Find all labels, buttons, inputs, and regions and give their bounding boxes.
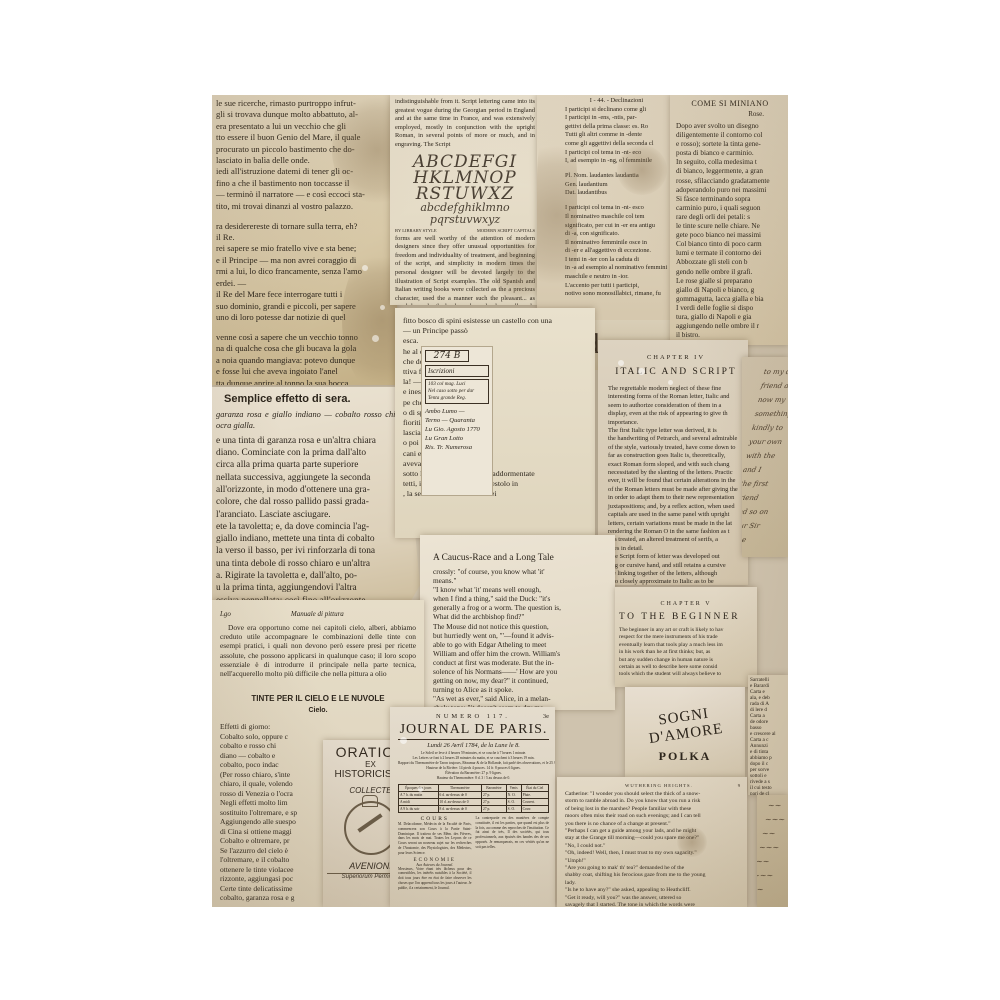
- chapter-v-line: certain as well to describe here some co…: [619, 664, 753, 671]
- table-cell: S. O.: [506, 806, 521, 813]
- table-header: Vents: [506, 785, 521, 792]
- ticket-header: Iscrizioni: [425, 365, 489, 377]
- alphabet-caption-right: MODERN SCRIPT CAPITALS: [477, 228, 535, 233]
- chapter-v-line: in his work than he at first thinks; but…: [619, 649, 753, 656]
- grammar-running-head: I - 44. - Declinazioni: [565, 97, 668, 106]
- chapter-iv-line: display, even at the risk of appearing t…: [608, 410, 744, 418]
- table-row: A 9 h. du soir8 d. au-dessus de 027 p.S.…: [399, 806, 549, 813]
- ticket-line: Nel caso sotto per dar: [428, 388, 486, 395]
- chapter-iv-page: CHAPTER IV ITALIC AND SCRIPT The regrett…: [598, 340, 748, 585]
- ticket-line: Terno — Quaranta: [425, 416, 489, 425]
- alphabet-page: indistinguishable from it. Script letter…: [390, 95, 540, 305]
- chapter-iv-line: ever, it will be found that certain alte…: [608, 477, 744, 485]
- miniano-line: rare degli orli dei petali: s: [676, 213, 784, 222]
- miniano-text: Dopo aver svolto un disegnodiligentement…: [676, 122, 784, 345]
- alphabet-caption-left: BY LIBRARY STYLE: [395, 228, 437, 233]
- wuthering-heights-page: WUTHERING HEIGHTS. 9 Catherine: "I wonde…: [557, 777, 747, 907]
- chapter-iv-line: the handwriting of Petrarch, and several…: [608, 435, 744, 443]
- alice-line: but hurriedly went on, "'—found it advis…: [433, 631, 607, 640]
- table-cell: A 9 h. du soir: [399, 806, 439, 813]
- handwritten-line: and I: [742, 463, 785, 477]
- miniano-line: Dopo aver svolto un disegno: [676, 122, 784, 131]
- alphabet-intro: indistinguishable from it. Script letter…: [395, 98, 535, 150]
- story-line: [216, 212, 393, 221]
- miniano-line: tura, giallo di Napoli e gia: [676, 313, 784, 322]
- alice-line: conduct at first was moderate. But the i…: [433, 658, 607, 667]
- ticket-line: Ris. Tr. Numerosa: [425, 443, 489, 452]
- ticket-line: 103 col mag. Luci: [428, 381, 486, 388]
- miniano-line: diligentemente il contorno col: [676, 131, 784, 140]
- chapter-iv-line: The first Italic type letter was derived…: [608, 427, 744, 435]
- ticket-line: Ambo Lumo —: [425, 407, 489, 416]
- story-line: rei sapere se mio fratello vive e sta be…: [216, 243, 393, 254]
- manual-running-head: Manuale di pittura: [291, 610, 344, 618]
- sunset-line: la verso il basso, per ivi rinforzarla d…: [216, 545, 414, 557]
- alice-title: A Caucus-Race and a Long Tale: [433, 553, 607, 563]
- alice-line: solence of his Normans——' How are you: [433, 667, 607, 676]
- story-line: [216, 323, 393, 332]
- sunset-line: diano. Cominciate con la prima dall'alto: [216, 447, 414, 459]
- story-line: gli si trovava dunque molto abbattuto, a…: [216, 109, 393, 120]
- alice-line: "As wet as ever," said Alice, in a melan…: [433, 694, 607, 703]
- chapter-v-title: TO THE BEGINNER: [619, 612, 753, 622]
- alice-line: turning to Alice as it spoke.: [433, 685, 607, 694]
- journal-title: JOURNAL DE PARIS.: [398, 722, 549, 740]
- story-line: venne così a sapere che un vecchio tonno: [216, 332, 393, 343]
- latin-grammar-page: I - 44. - Declinazioni I participi si de…: [537, 95, 672, 340]
- miniano-line: giallo di Napoli e bianco, g: [676, 286, 784, 295]
- handwritten-line: your Sir: [742, 519, 773, 533]
- grammar-line: Il nominativo maschile col tem: [565, 213, 668, 222]
- grammar-line: I participi col tema in -nt- esco: [565, 204, 668, 213]
- miniano-title: COME SI MINIANO: [676, 99, 784, 108]
- manual-page-number: Lgo: [220, 610, 231, 618]
- sunset-line: una tinta debole di rosso chiaro e un'al…: [216, 558, 414, 570]
- grammar-line: I participi in -ens, -ntis, par-: [565, 114, 668, 123]
- come-si-miniano-page: COME SI MINIANO Rose. Dopo aver svolto u…: [670, 95, 788, 345]
- italian-column-fragment: Sarratellie BarardiCarta eala, e debrada…: [748, 675, 788, 795]
- grammar-line: I, ad esempio in -ng, ol femminile: [565, 157, 668, 166]
- handwritten-line: friend: [742, 491, 779, 505]
- story-line: uno di loro potesse dar notizie di quel: [216, 312, 393, 323]
- sunset-line: nellata successiva, aggiungete la second…: [216, 472, 414, 484]
- alice-line: crossly: "of course, you know what 'it': [433, 567, 607, 576]
- chapter-iv-line: is a treated, an altered treatment of se…: [608, 536, 744, 544]
- chapter-iv-line: of the Roman letters must be made after …: [608, 486, 744, 494]
- journal-right-column: La contrepartie en des manières de compt…: [476, 816, 550, 850]
- journal-section-1-text: M. Delacolonne, Médecin de la Faculté de…: [398, 822, 472, 856]
- story-line: — terminò il narratore — e così eccoci s…: [216, 189, 393, 200]
- miniano-line: di bianco, leggermente, a gran: [676, 167, 784, 176]
- grammar-line: in -a ad esempio al nominativo femmini: [565, 264, 668, 273]
- heights-line: "Umph!": [565, 858, 741, 865]
- alice-line: means.": [433, 576, 607, 585]
- sunset-text: e una tinta di garanza rosa e un'altra c…: [216, 435, 414, 607]
- italian-column-text: Sarratellie BarardiCarta eala, e debrada…: [750, 677, 786, 795]
- chapter-iv-line: far as construction goes Italic is, theo…: [608, 452, 744, 460]
- handwritten-line: something: [753, 407, 788, 421]
- chapter-iv-label: CHAPTER IV: [608, 354, 744, 361]
- chapter-iv-line: The regrettable modern neglect of these …: [608, 385, 744, 393]
- miniano-line: gommagutta, lacca gialla e bia: [676, 295, 784, 304]
- table-cell: 10 d. au-dessus de 0: [438, 799, 481, 806]
- miniano-line: carminio puro, i quali seguon: [676, 204, 784, 213]
- handwritten-letter: to my dearfriend andnow mysomethingkindl…: [742, 357, 788, 557]
- ticket-box-1: 103 col mag. LuciNel caso sotto per darT…: [425, 379, 489, 404]
- italian-story-page: le sue ricerche, rimasto purtroppo infru…: [212, 95, 397, 385]
- sunset-line: ete la tavoletta; e, da dove comincia l'…: [216, 521, 414, 533]
- heights-line: Catherine: "I wonder you should select t…: [565, 791, 741, 798]
- sogni-subtitle: POLKA: [625, 749, 745, 764]
- handwritten-line: and so on: [742, 505, 776, 519]
- table-cell: Couv.: [521, 806, 548, 813]
- story-line: ra desiderereste di tornare sulla terra,…: [216, 221, 393, 232]
- story-line: il Re.: [216, 232, 393, 243]
- miniano-line: I verdi delle foglie si dispo: [676, 304, 784, 313]
- italian-story-text: le sue ricerche, rimasto purtroppo infru…: [216, 98, 393, 385]
- miniano-line: Abbozzate gli steli con b: [676, 258, 784, 267]
- miniano-subtitle: Rose.: [676, 110, 784, 118]
- heights-line: "Get it ready, will you?" was the answer…: [565, 895, 741, 902]
- story-line: iedi all'istruzione datemi di tener gli …: [216, 166, 393, 177]
- table-header: Thermomètre: [438, 785, 481, 792]
- chapter-iv-line: the linking together of the letters, alt…: [608, 570, 744, 578]
- story-line: tito, mi trovai dinanzi al vostro palazz…: [216, 201, 393, 212]
- heights-line: you there is no chance of a change at pr…: [565, 821, 741, 828]
- grammar-line: notivo sono monosillabici, rimane, fu: [565, 290, 668, 299]
- alice-line: when I find a thing," said the Duck: "it…: [433, 594, 607, 603]
- grammar-line: di -a, con significato.: [565, 230, 668, 239]
- ticket-line: Tenta grande Reg.: [428, 395, 486, 402]
- sunset-line: u la prima tinta, aggiungendovi l'altra: [216, 582, 414, 594]
- sunset-line: colore, che dal rosso pallido passi grad…: [216, 496, 414, 508]
- miniano-line: posta di bianco e carminio.: [676, 149, 784, 158]
- alice-line: William and offer him the crown. William…: [433, 649, 607, 658]
- table-cell: 6 d. au-dessus de 0: [438, 792, 481, 799]
- story-line: lasciato in balìa delle onde.: [216, 155, 393, 166]
- journal-date: Lundi 26 Avril 1784, de la Lune le 8.: [398, 742, 549, 749]
- table-header: Baromètre: [482, 785, 507, 792]
- grammar-line: Tutti gli altri comme in -dente: [565, 131, 668, 140]
- chapter-iv-title: ITALIC AND SCRIPT: [608, 367, 744, 377]
- handwritten-strip: ~~~~~~~~~~~~~~~~~: [757, 795, 788, 907]
- table-cell: Couvert.: [521, 799, 548, 806]
- miniano-line: le tinte scure nelle chiare. Ne: [676, 222, 784, 231]
- heights-line: savagely that I started. The tone in whi…: [565, 902, 741, 907]
- miniano-line: il bistro.: [676, 331, 784, 340]
- miniano-line: rosse, sfilacciando gradatamente: [676, 177, 784, 186]
- grammar-line: di -er e all'aggettivo di eccezione.: [565, 247, 668, 256]
- sunset-line: all'orizzonte, in modo d'ottenere una gr…: [216, 484, 414, 496]
- story-line: na di qualche cosa che gli bucava la gol…: [216, 343, 393, 354]
- chapter-iv-line: it to closely approximate to Italic as t…: [608, 578, 744, 585]
- miniano-line: gendo nelle ombre il grafi.: [676, 268, 784, 277]
- grammar-line: maschile e neutro in -ior.: [565, 273, 668, 282]
- table-cell: Pluie.: [521, 792, 548, 799]
- handwritten-line: the first: [742, 477, 782, 491]
- fairy-line: — un Principe passò: [403, 326, 587, 336]
- chapter-v-line: but any sudden change in human nature is: [619, 657, 753, 664]
- table-cell: 27 p.: [482, 806, 507, 813]
- fairy-line: fitto bosco di spini esistesse un castel…: [403, 316, 587, 326]
- alice-line: "I know what 'it' means well enough,: [433, 585, 607, 594]
- story-line: e fosse lui che aveva ingoiato l'anel: [216, 366, 393, 377]
- chapter-v-text: The beginner in any art or craft is like…: [619, 627, 753, 679]
- miniano-line: In seguito, colla medesima t: [676, 158, 784, 167]
- ticket-line: Lu Gran Lotto: [425, 434, 489, 443]
- manual-section-title: TINTE PER IL CIELO E LE NUVOLE: [220, 694, 416, 703]
- chapter-iv-line: The Script form of letter was developed …: [608, 553, 744, 561]
- chapter-v-label: CHAPTER V: [619, 601, 753, 607]
- alphabet-upper-3: RSTUWXZ: [395, 186, 535, 202]
- table-cell: S. O.: [506, 799, 521, 806]
- heights-line: storm to ramble abroad in. Do you know t…: [565, 798, 741, 805]
- sunset-title: Semplice effetto di sera.: [216, 393, 414, 405]
- handwritten-line: now my: [756, 393, 788, 407]
- table-header: Époques des jours: [399, 785, 439, 792]
- chapter-v-line: tools which the student will always beli…: [619, 671, 753, 678]
- story-line: tto essere il buon Genio del Mare, il qu…: [216, 132, 393, 143]
- journal-intro-line: Hauteur du Thermomètre: 8 d. 3 / 5 au de…: [398, 776, 549, 781]
- fairy-tale-page: fitto bosco di spini esistesse un castel…: [395, 308, 595, 538]
- journal-de-paris-page: NUMERO 117. 3e JOURNAL DE PARIS. Lundi 2…: [390, 707, 555, 907]
- chapter-iv-line: ting or cursive hand, and still retains …: [608, 562, 744, 570]
- sogni-title: SOGNI D'AMORE: [625, 701, 745, 751]
- handwritten-line: to be: [742, 533, 770, 547]
- miniano-line: Col bianco tinto di poco carm: [676, 240, 784, 249]
- grammar-text: I participi si declinano come gliI parti…: [565, 106, 668, 299]
- story-line: tta dunque aprire al tonno la sua bocca: [216, 378, 393, 385]
- story-line: a noia quando mangiava: potevo dunque: [216, 355, 393, 366]
- journal-issue: NUMERO 117.: [436, 713, 510, 720]
- handwritten-text: to my dearfriend andnow mysomethingkindl…: [742, 365, 788, 547]
- heights-text: Catherine: "I wonder you should select t…: [565, 791, 741, 907]
- grammar-line: Pl. Nom. laudantes laudantia: [565, 172, 668, 181]
- heights-line: stay at the Grange till morning—could yo…: [565, 835, 741, 842]
- chapter-iv-line: rendering the Roman O in the same fashio…: [608, 528, 744, 536]
- miniano-line: Le rose gialle si preparano: [676, 277, 784, 286]
- sunset-intro: garanza rosa e giallo indiano — cobalto …: [216, 409, 414, 432]
- table-header: État du Ciel: [521, 785, 548, 792]
- heights-line: "No, I could not.": [565, 843, 741, 850]
- grammar-line: I temi in -ter con la caduta di: [565, 256, 668, 265]
- heights-running-head: WUTHERING HEIGHTS.: [625, 783, 693, 788]
- lottery-ticket: 274 B Iscrizioni 103 col mag. LuciNel ca…: [421, 346, 493, 496]
- story-line: il Re del Mare fece interrogare tutti i: [216, 289, 393, 300]
- table-row: A 7 h. du matin6 d. au-dessus de 027 p.N…: [399, 792, 549, 799]
- chapter-iv-line: juxtapositions; and, by a reflex action,…: [608, 503, 744, 511]
- miniano-line: aggiungendo nelle ombre il r: [676, 322, 784, 331]
- story-line: suo dominio, grandi e piccoli, per saper…: [216, 301, 393, 312]
- chapter-iv-line: in order to adapt them to their new repr…: [608, 494, 744, 502]
- heights-line: "Is he to have any?" she asked, appealin…: [565, 887, 741, 894]
- table-cell: N. O.: [506, 792, 521, 799]
- manual-section-subtitle: Cielo.: [220, 707, 416, 714]
- story-line: procurato un piccolo bastimento che do-: [216, 144, 393, 155]
- journal-page-mark: 3e: [543, 713, 549, 720]
- grammar-line: Il nominativo femminile osce in: [565, 239, 668, 248]
- chapter-iv-text: The regrettable modern neglect of these …: [608, 385, 744, 585]
- sunset-effect-page: Semplice effetto di sera. garanza rosa e…: [212, 387, 420, 607]
- story-line: erdei. —: [216, 278, 393, 289]
- chapter-iv-line: exact Roman form sloped, and with such c…: [608, 461, 744, 469]
- handwritten-line: kindly to: [750, 421, 788, 435]
- alphabet-body: forms are well worthy of the attention o…: [395, 235, 535, 305]
- chapter-iv-line: letters, certain variations must be made…: [608, 520, 744, 528]
- alice-text: crossly: "of course, you know what 'it'm…: [433, 567, 607, 710]
- vintage-collage-sheet: le sue ricerche, rimasto purtroppo infru…: [212, 95, 788, 907]
- heights-page-number: 9: [738, 783, 741, 788]
- chapter-v-line: respect for the mere instruments of his …: [619, 634, 753, 641]
- miniano-line: gete poco bianco nei massimi: [676, 231, 784, 240]
- miniano-line: Si fàsce terminando sopra: [676, 195, 784, 204]
- grammar-line: Dat. laudantibus: [565, 189, 668, 198]
- table-row: A midi10 d. au-dessus de 027 p.S. O.Couv…: [399, 799, 549, 806]
- story-line: era presentato a lui un vecchio che gli: [216, 121, 393, 132]
- handwritten-strip-scribble: ~~~~~~~~~~~~~~~~~: [757, 799, 788, 897]
- sunset-line: a. Rigirate la tavoletta e, dall'alto, p…: [216, 570, 414, 582]
- miniano-line: e rosso); sortete la tinta gene-: [676, 140, 784, 149]
- chapter-iv-line: capitals are used in the same panel with…: [608, 511, 744, 519]
- miniano-line: adoperandolo puro nei massimi: [676, 186, 784, 195]
- grammar-line: significato, per cui in -er era antigu: [565, 222, 668, 231]
- alice-line: able to go with Edgar Atheling to meet: [433, 640, 607, 649]
- story-line: le sue ricerche, rimasto purtroppo infru…: [216, 98, 393, 109]
- chapter-iv-line: seem to authorize consideration of them …: [608, 402, 744, 410]
- alphabet-lower-2: pqrstuvwxyz: [395, 214, 535, 226]
- handwritten-line: with the: [745, 449, 788, 463]
- table-cell: 8 d. au-dessus de 0: [438, 806, 481, 813]
- table-cell: A 7 h. du matin: [399, 792, 439, 799]
- alice-line: generally a frog or a worm. The question…: [433, 603, 607, 612]
- table-cell: A midi: [399, 799, 439, 806]
- manual-intro: Dove era opportuno come nei capitoli cie…: [220, 623, 416, 678]
- table-cell: 27 p.: [482, 792, 507, 799]
- journal-section-2-text: Messieurs, Votre étant très fâcheux pour…: [398, 867, 472, 891]
- chapter-iv-line: importance.: [608, 419, 744, 427]
- weather-table: Époques des joursThermomètreBaromètreVen…: [398, 784, 549, 813]
- chapter-v-page: CHAPTER V TO THE BEGINNER The beginner i…: [615, 587, 757, 687]
- chapter-iv-line: interesting forms of the Roman letter, I…: [608, 393, 744, 401]
- handwritten-line: friend and: [759, 379, 788, 393]
- chapter-iv-line: ages in detail.: [608, 545, 744, 553]
- manual-line: Effetti di giorno:: [220, 722, 416, 732]
- handwritten-line: your own: [747, 435, 788, 449]
- ticket-number: 274 B: [425, 350, 469, 362]
- miniano-line: lumi e termate il contorno dei: [676, 249, 784, 258]
- story-line: rmi a lui, lo dico francamente, senza l'…: [216, 266, 393, 277]
- table-cell: 27 p.: [482, 799, 507, 806]
- alice-line: getting on now, my dear?" it continued,: [433, 676, 607, 685]
- alice-line: The Mouse did not notice this question,: [433, 622, 607, 631]
- handwritten-line: to my dear: [762, 365, 788, 379]
- sunset-line: e una tinta di garanza rosa e un'altra c…: [216, 435, 414, 447]
- heights-line: "Perhaps I can get a guide among your la…: [565, 828, 741, 835]
- grammar-line: Gen. laudantium: [565, 181, 668, 190]
- chapter-iv-line: of the style, variously treated, have co…: [608, 444, 744, 452]
- grammar-line: come gli aggettivi della seconda cl: [565, 140, 668, 149]
- grammar-line: L'accento per tutti i participi,: [565, 282, 668, 291]
- heights-line: "Oh, indeed! Well, then, I must trust to…: [565, 850, 741, 857]
- story-line: e il Principe — ma non avrei coraggio di: [216, 255, 393, 266]
- sogni-damore-sheet-music: SOGNI D'AMORE POLKA: [625, 687, 745, 777]
- sunset-line: circa alla prima quarta parte superiore: [216, 459, 414, 471]
- grammar-line: I participi si declinano come gli: [565, 106, 668, 115]
- heights-line: shabby coat, shifting his ferocious gaze…: [565, 872, 741, 879]
- heights-line: moors often miss their road on such even…: [565, 813, 741, 820]
- alice-caucus-race-page: A Caucus-Race and a Long Tale crossly: "…: [420, 535, 615, 710]
- journal-intro: Le Soleil se leve à 4 heures 59 minutes,…: [398, 751, 549, 781]
- sunset-line: giallo indiano, mettete una tinta di cob…: [216, 533, 414, 545]
- alice-line: What did the archbishop find?": [433, 612, 607, 621]
- story-line: fino a che il bastimento non toccasse il: [216, 178, 393, 189]
- ticket-box-2: Ambo Lumo —Terno — QuarantaLu Gio. Agost…: [425, 407, 489, 452]
- grammar-line: gettivi della prima classe: es. Ro: [565, 123, 668, 132]
- ticket-line: Lu Gio. Agosto 1770: [425, 425, 489, 434]
- sunset-line: l'aranciato. Lasciate asciugare.: [216, 509, 414, 521]
- chapter-iv-line: necessitated by the slanting of the lett…: [608, 469, 744, 477]
- grammar-line: I participi col tema in -nt- eco: [565, 149, 668, 158]
